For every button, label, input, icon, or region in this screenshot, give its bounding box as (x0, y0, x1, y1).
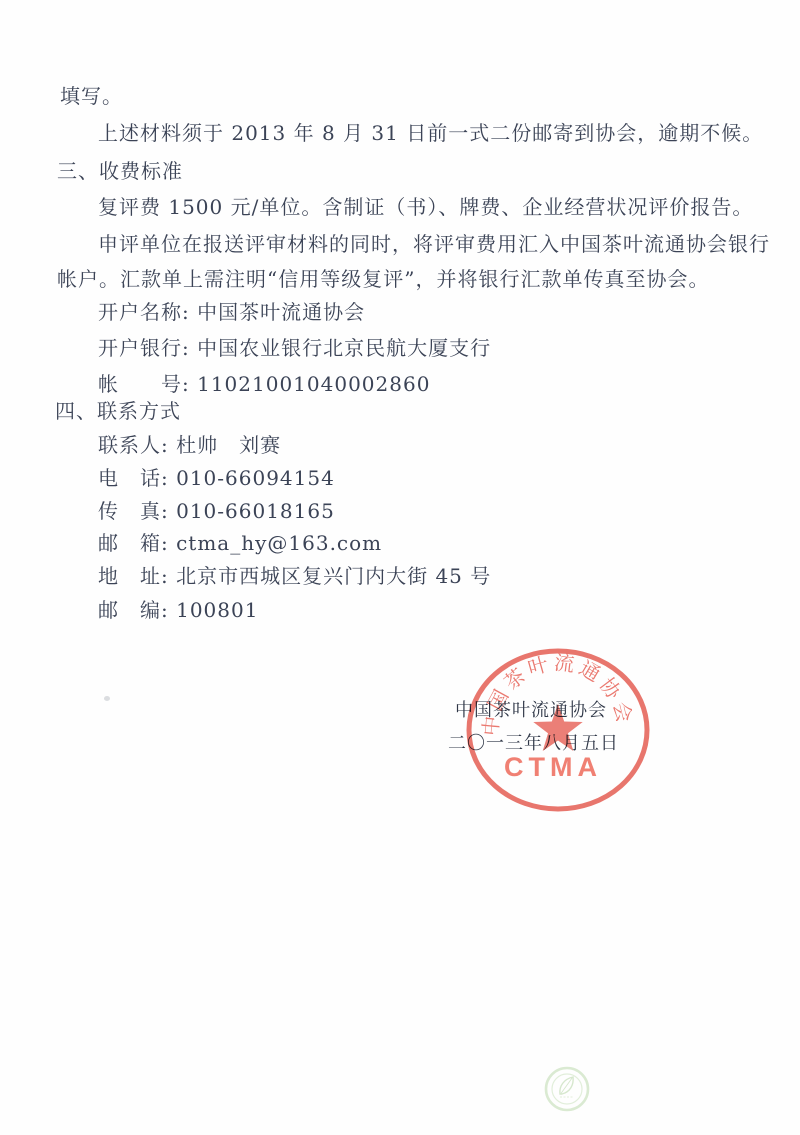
leaf-icon (560, 1077, 573, 1094)
fax-line: 传 真: 010-66018165 (98, 499, 335, 523)
leaf-vein (561, 1078, 572, 1094)
address-line: 地 址: 北京市西城区复兴门内大街 45 号 (98, 564, 491, 588)
official-seal-stamp: 中国茶叶流通协会 CTMA (463, 648, 653, 816)
seal-ring (469, 651, 647, 809)
account-name-line: 开户名称: 中国茶叶流通协会 (98, 300, 365, 324)
email-line: 邮 箱: ctma_hy@163.com (98, 531, 382, 555)
leaf-watermark-icon (544, 1066, 590, 1112)
fee-amount-line: 复评费 1500 元/单位。含制证（书）、牌费、企业经营状况评价报告。 (98, 195, 753, 219)
seal-acronym: CTMA (504, 752, 602, 782)
scan-speck (104, 696, 110, 701)
phone-line: 电 话: 010-66094154 (98, 466, 335, 490)
watermark-outer-ring (546, 1068, 588, 1110)
remittance-line-1: 申评单位在报送评审材料的同时，将评审费用汇入中国茶叶流通协会银行 (98, 232, 770, 256)
account-number-line: 帐 号: 11021001040002860 (98, 372, 430, 396)
section-heading-contact: 四、联系方式 (55, 399, 181, 423)
signature-date: 二〇一三年八月五日 (448, 733, 619, 755)
doc-line-mailing-deadline: 上述材料须于 2013 年 8 月 31 日前一式二份邮寄到协会，逾期不候。 (98, 121, 763, 145)
remittance-line-2: 帐户。汇款单上需注明“信用等级复评”，并将银行汇款单传真至协会。 (57, 267, 709, 291)
section-heading-fees: 三、收费标准 (57, 159, 183, 183)
signature-org: 中国茶叶流通协会 (455, 700, 607, 722)
seal-ring-text: 中国茶叶流通协会 (478, 650, 637, 737)
watermark-inner-ring (552, 1074, 582, 1104)
bank-name-line: 开户银行: 中国农业银行北京民航大厦支行 (98, 336, 491, 360)
doc-line-fill: 填写。 (60, 84, 123, 108)
contact-person-line: 联系人: 杜帅 刘赛 (98, 433, 281, 457)
document-page: 填写。 上述材料须于 2013 年 8 月 31 日前一式二份邮寄到协会，逾期不… (0, 0, 800, 1135)
postcode-line: 邮 编: 100801 (98, 598, 258, 622)
